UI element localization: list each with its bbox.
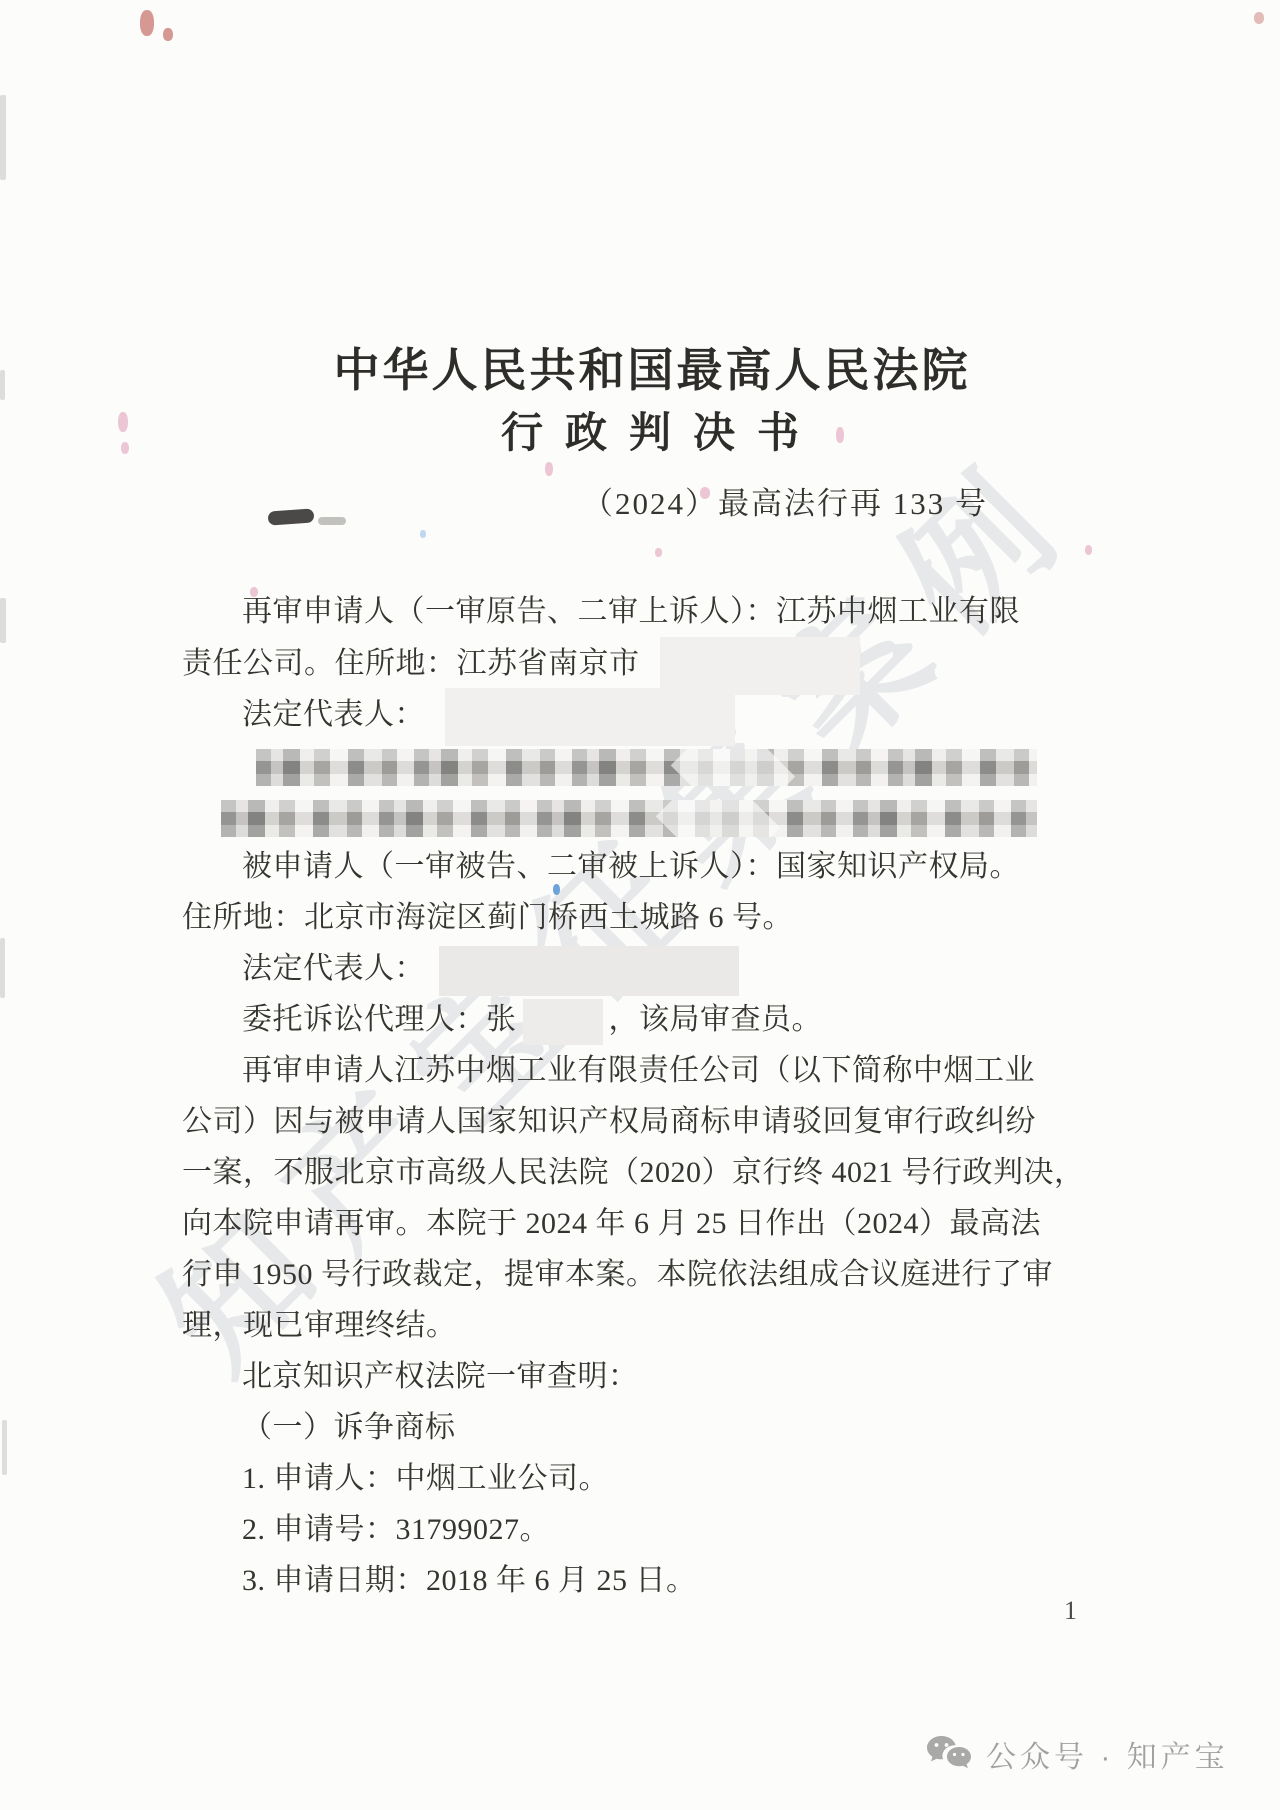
- court-name-title: 中华人民共和国最高人民法院: [12, 334, 1280, 400]
- line-text: 住所地：北京市海淀区蓟门桥西土城路 6 号。: [182, 901, 793, 934]
- document-line: 一案，不服北京市高级人民法院（2020）京行终 4021 号行政判决，: [182, 1147, 1062, 1198]
- document-line: 责任公司。住所地：江苏省南京市: [182, 637, 1062, 688]
- line-text: 北京知识产权法院一审查明：: [242, 1360, 639, 1393]
- wechat-icon: [926, 1735, 972, 1773]
- document-line: 再审申请人江苏中烟工业有限责任公司（以下简称中烟工业: [182, 1045, 1062, 1096]
- document-line: 法定代表人：: [182, 688, 1062, 739]
- document-line: 3. 申请日期：2018 年 6 月 25 日。: [182, 1555, 1062, 1606]
- document-line: 委托诉讼代理人：张，该局审查员。: [182, 994, 1062, 1045]
- document-line: 行申 1950 号行政裁定，提审本案。本院依法组成合议庭进行了审: [182, 1249, 1062, 1300]
- mosaic-redaction: [256, 749, 1037, 786]
- ink-smudge: [268, 508, 315, 525]
- scan-artifact: [163, 28, 173, 41]
- scan-artifact: [1085, 545, 1092, 555]
- line-text: 行申 1950 号行政裁定，提审本案。本院依法组成合议庭进行了审: [182, 1258, 1053, 1291]
- line-text: 再审申请人（一审原告、二审上诉人）：江苏中烟工业有限: [242, 595, 1020, 628]
- line-text: 再审申请人江苏中烟工业有限责任公司（以下简称中烟工业: [242, 1054, 1035, 1087]
- scan-artifact: [420, 530, 426, 538]
- line-text: 责任公司。住所地：江苏省南京市: [182, 647, 640, 680]
- redaction-block: [439, 946, 739, 996]
- scan-artifact: [545, 462, 553, 476]
- line-text: ，该局审查员。: [609, 1003, 823, 1036]
- line-text: 法定代表人：: [242, 952, 425, 985]
- document-line: 北京知识产权法院一审查明：: [182, 1351, 1062, 1402]
- scan-artifact: [1254, 12, 1264, 24]
- document-type-title: 行政判决书: [10, 400, 1280, 460]
- line-text: 法定代表人：: [242, 698, 425, 731]
- scan-edge-mark: [0, 598, 6, 643]
- scan-edge-mark: [0, 938, 5, 998]
- case-number: （2024）最高法行再 133 号: [582, 478, 988, 523]
- redaction-block: [445, 688, 735, 746]
- mosaic-redaction-line: [182, 790, 1062, 841]
- line-text: 理，现已审理终结。: [182, 1309, 457, 1342]
- page-number: 1: [1064, 1596, 1077, 1626]
- document-line: 1. 申请人：中烟工业公司。: [182, 1453, 1062, 1504]
- document-line: 被申请人（一审被告、二审被上诉人）：国家知识产权局。: [182, 841, 1062, 892]
- scan-artifact: [655, 548, 662, 557]
- mosaic-redaction: [221, 800, 1037, 837]
- document-line: 2. 申请号：31799027。: [182, 1504, 1062, 1555]
- line-text: 2. 申请号：31799027。: [242, 1513, 550, 1546]
- line-text: 被申请人（一审被告、二审被上诉人）：国家知识产权局。: [242, 850, 1020, 883]
- document-line: 公司）因与被申请人国家知识产权局商标申请驳回复审行政纠纷: [182, 1096, 1062, 1147]
- document-line: 理，现已审理终结。: [182, 1300, 1062, 1351]
- document-line: 住所地：北京市海淀区蓟门桥西土城路 6 号。: [182, 892, 1062, 943]
- judgment-document-page: 知产宝征集案例 中华人民共和国最高人民法院 行政判决书 （2024）最高法行再 …: [0, 0, 1280, 1810]
- scan-artifact: [140, 10, 154, 36]
- scan-edge-mark: [0, 370, 5, 400]
- line-text: 1. 申请人：中烟工业公司。: [242, 1462, 609, 1495]
- ink-smudge: [318, 517, 346, 525]
- document-line: 法定代表人：: [182, 943, 1062, 994]
- line-text: 一案，不服北京市高级人民法院（2020）京行终 4021 号行政判决，: [182, 1156, 1085, 1189]
- line-text: 3. 申请日期：2018 年 6 月 25 日。: [242, 1564, 697, 1597]
- footer-brand: 公众号 · 知产宝: [926, 1732, 1229, 1776]
- document-line: （一）诉争商标: [182, 1402, 1062, 1453]
- mosaic-redaction-line: [182, 739, 1062, 790]
- line-text: （一）诉争商标: [242, 1411, 456, 1444]
- footer-label: 公众号 · 知产宝: [986, 1732, 1229, 1776]
- line-text: 委托诉讼代理人：张: [242, 1003, 517, 1036]
- document-body: 再审申请人（一审原告、二审上诉人）：江苏中烟工业有限责任公司。住所地：江苏省南京…: [182, 586, 1062, 1606]
- scan-edge-mark: [2, 1420, 7, 1475]
- redaction-block: [523, 999, 603, 1045]
- redaction-block: [660, 637, 860, 695]
- scan-edge-mark: [0, 95, 6, 180]
- line-text: 公司）因与被申请人国家知识产权局商标申请驳回复审行政纠纷: [182, 1105, 1036, 1138]
- document-line: 向本院申请再审。本院于 2024 年 6 月 25 日作出（2024）最高法: [182, 1198, 1062, 1249]
- document-line: 再审申请人（一审原告、二审上诉人）：江苏中烟工业有限: [182, 586, 1062, 637]
- line-text: 向本院申请再审。本院于 2024 年 6 月 25 日作出（2024）最高法: [182, 1207, 1041, 1240]
